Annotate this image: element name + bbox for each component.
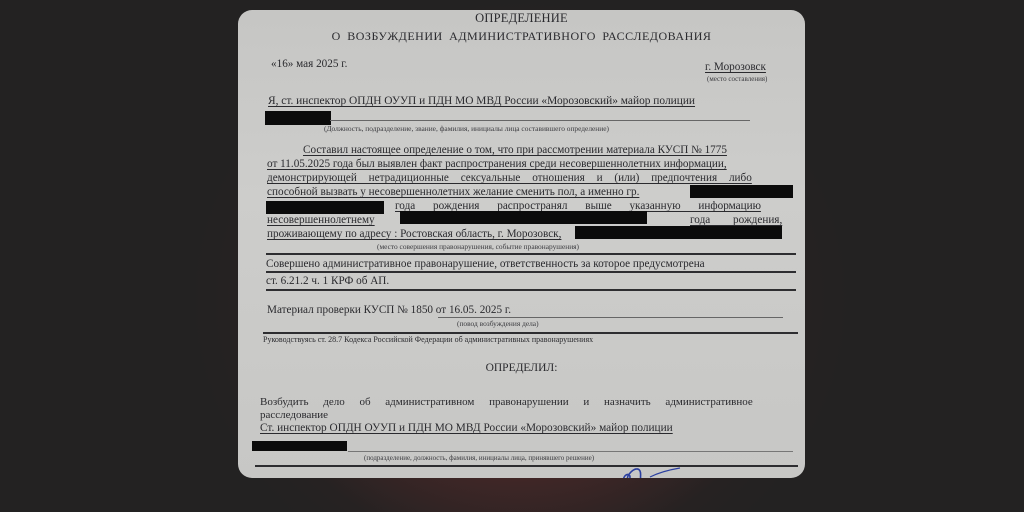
author-rule bbox=[330, 120, 750, 121]
decision-line-1: Возбудить дело об административном право… bbox=[260, 396, 753, 408]
redaction-author-name bbox=[265, 111, 331, 125]
redaction-address bbox=[575, 226, 782, 239]
body-line-3: демонстрирующей нетрадиционные сексуальн… bbox=[267, 172, 796, 184]
author-caption: (Должность, подразделение, звание, фамил… bbox=[324, 124, 609, 133]
guided-by-line: Руководствуясь ст. 28.7 Кодекса Российск… bbox=[263, 335, 593, 344]
offense-place-caption: (место совершения правонарушения, событи… bbox=[377, 242, 579, 251]
body-line-7: года рождения, bbox=[690, 214, 782, 226]
body-line-8: проживающему по адресу : Ростовская обла… bbox=[267, 228, 561, 240]
decider-caption: (подразделение, должность, фамилия, иниц… bbox=[364, 454, 594, 462]
document-title: ОПРЕДЕЛЕНИЕ bbox=[238, 11, 805, 26]
document-photo: ОПРЕДЕЛЕНИЕ О ВОЗБУЖДЕНИИ АДМИНИСТРАТИВН… bbox=[238, 10, 805, 478]
decided-heading: ОПРЕДЕЛИЛ: bbox=[238, 362, 805, 374]
place-caption: (место составления) bbox=[707, 75, 767, 83]
rule-5 bbox=[255, 465, 798, 467]
document-date: «16» мая 2025 г. bbox=[271, 58, 347, 70]
rule-4 bbox=[263, 332, 798, 334]
offense-line-1: Совершено административное правонарушени… bbox=[266, 258, 705, 270]
material-caption: (повод возбуждения дела) bbox=[457, 319, 539, 328]
redaction-decider-name bbox=[252, 441, 347, 451]
signature-icon bbox=[618, 467, 698, 478]
rule-3 bbox=[266, 289, 796, 291]
rule-2 bbox=[266, 271, 796, 273]
document-place: г. Морозовск bbox=[705, 61, 766, 73]
body-line-6: несовершеннолетнему bbox=[267, 214, 375, 226]
redaction-citizen-name bbox=[690, 185, 793, 198]
material-rule bbox=[438, 317, 783, 318]
decision-line-2: расследование bbox=[260, 409, 328, 421]
body-line-2: от 11.05.2025 года был выявлен факт расп… bbox=[267, 158, 796, 170]
decider-line: Ст. инспектор ОПДН ОУУП и ПДН МО МВД Рос… bbox=[260, 422, 673, 434]
rule-1 bbox=[266, 253, 796, 255]
author-line: Я, ст. инспектор ОПДН ОУУП и ПДН МО МВД … bbox=[268, 95, 695, 107]
decider-rule bbox=[348, 451, 793, 452]
material-line: Материал проверки КУСП № 1850 от 16.05. … bbox=[267, 304, 511, 316]
document-subtitle: О ВОЗБУЖДЕНИИ АДМИНИСТРАТИВНОГО РАССЛЕДО… bbox=[238, 29, 805, 44]
redaction-minor-name bbox=[400, 211, 647, 224]
body-line-1: Составил настоящее определение о том, чт… bbox=[303, 144, 727, 156]
body-line-4: способной вызвать у несовершеннолетних ж… bbox=[267, 186, 639, 198]
redaction-citizen-birth-year bbox=[266, 201, 384, 214]
offense-line-2: ст. 6.21.2 ч. 1 КРФ об АП. bbox=[266, 275, 389, 287]
